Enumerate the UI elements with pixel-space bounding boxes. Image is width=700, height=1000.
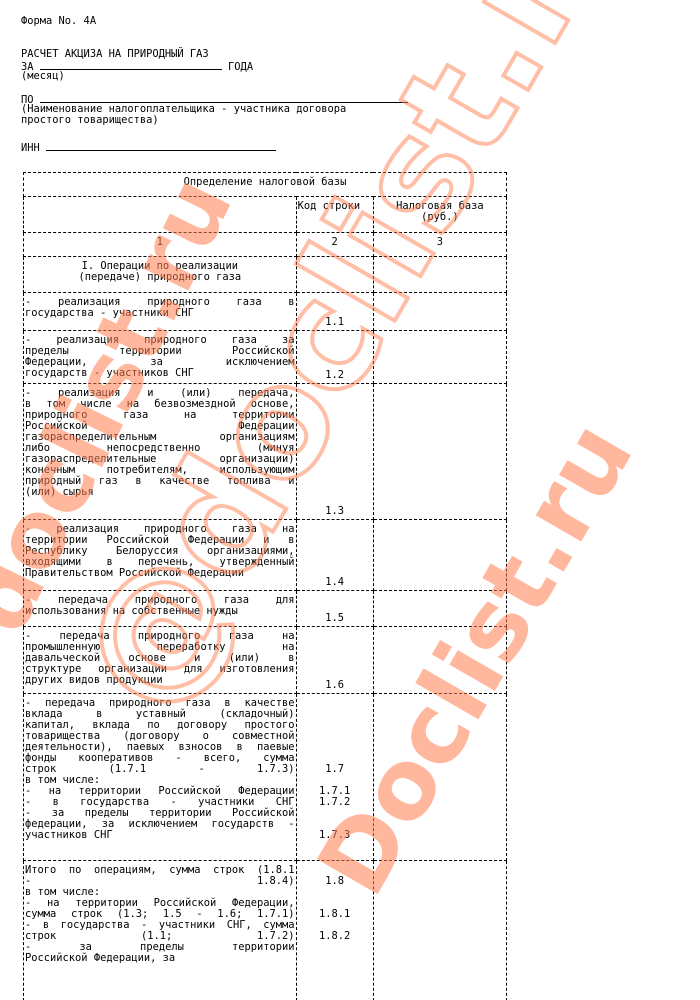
inn-label: ИНН bbox=[21, 142, 40, 154]
row-code: 1.4 bbox=[296, 520, 373, 591]
row-tax-base-value[interactable] bbox=[373, 861, 506, 1000]
table-title-row: Определение налоговой базы bbox=[24, 173, 507, 197]
col-num-3: 3 bbox=[373, 233, 506, 257]
row-code: 1.3 bbox=[296, 384, 373, 520]
row-tax-base-value[interactable] bbox=[373, 293, 506, 331]
row-description: - передача природного газа дляиспользова… bbox=[24, 591, 297, 627]
row-code: 1.81.8.11.8.2 bbox=[296, 861, 373, 1000]
form-number: Форма No. 4А bbox=[21, 16, 96, 27]
table-row: Итого по операциям, сумма строк (1.8.1- … bbox=[24, 861, 507, 1000]
inn-line: ИНН bbox=[21, 141, 276, 154]
section-value bbox=[373, 257, 506, 293]
table-row: - передача природного газа дляиспользова… bbox=[24, 591, 507, 627]
column-numbers-row: 1 2 3 bbox=[24, 233, 507, 257]
col-num-2: 2 bbox=[296, 233, 373, 257]
row-description: - передача природного газа напромышленну… bbox=[24, 627, 297, 694]
row-code: 1.2 bbox=[296, 331, 373, 384]
section-row: I. Операции по реализации(передаче) прир… bbox=[24, 257, 507, 293]
row-description: - реализация и (или) передача,в том числ… bbox=[24, 384, 297, 520]
section-code bbox=[296, 257, 373, 293]
taxpayer-caption-cont: простого товарищества) bbox=[21, 115, 159, 126]
row-code: 1.5 bbox=[296, 591, 373, 627]
header-base: Налоговая база(руб.) bbox=[373, 197, 506, 233]
table-row: - реализация и (или) передача,в том числ… bbox=[24, 384, 507, 520]
row-tax-base-value[interactable] bbox=[373, 694, 506, 861]
table-row: - передача природного газа напромышленну… bbox=[24, 627, 507, 694]
row-tax-base-value[interactable] bbox=[373, 591, 506, 627]
taxpayer-name-field[interactable] bbox=[40, 93, 408, 103]
year-label: ГОДА bbox=[228, 61, 253, 73]
header-code: Код строки bbox=[296, 197, 373, 233]
month-field[interactable] bbox=[40, 60, 222, 70]
row-description: Итого по операциям, сумма строк (1.8.1- … bbox=[24, 861, 297, 1000]
table-title: Определение налоговой базы bbox=[24, 173, 507, 197]
row-code: 1.1 bbox=[296, 293, 373, 331]
col-num-1: 1 bbox=[24, 233, 297, 257]
row-description: - реализация природного газа запределы т… bbox=[24, 331, 297, 384]
month-caption: (месяц) bbox=[21, 71, 65, 82]
row-description: - реализация природного газа натерритори… bbox=[24, 520, 297, 591]
row-code: 1.6 bbox=[296, 627, 373, 694]
row-tax-base-value[interactable] bbox=[373, 384, 506, 520]
table-row: - реализация природного газа натерритори… bbox=[24, 520, 507, 591]
table-header-row: Код строки Налоговая база(руб.) bbox=[24, 197, 507, 233]
section-title: I. Операции по реализации(передаче) прир… bbox=[24, 257, 297, 293]
document-title: РАСЧЕТ АКЦИЗА НА ПРИРОДНЫЙ ГАЗ bbox=[21, 49, 209, 60]
table-body: - реализация природного газа вгосударств… bbox=[24, 293, 507, 1000]
row-tax-base-value[interactable] bbox=[373, 520, 506, 591]
header-blank bbox=[24, 197, 297, 233]
row-code: 1.71.7.11.7.21.7.3 bbox=[296, 694, 373, 861]
inn-field[interactable] bbox=[46, 141, 276, 151]
row-description: - передача природного газа в качествевкл… bbox=[24, 694, 297, 861]
tax-base-table: Определение налоговой базы Код строки На… bbox=[23, 172, 507, 1000]
row-description: - реализация природного газа вгосударств… bbox=[24, 293, 297, 331]
row-tax-base-value[interactable] bbox=[373, 331, 506, 384]
table-row: - реализация природного газа вгосударств… bbox=[24, 293, 507, 331]
table-row: - передача природного газа в качествевкл… bbox=[24, 694, 507, 861]
table-row: - реализация природного газа запределы т… bbox=[24, 331, 507, 384]
row-tax-base-value[interactable] bbox=[373, 627, 506, 694]
